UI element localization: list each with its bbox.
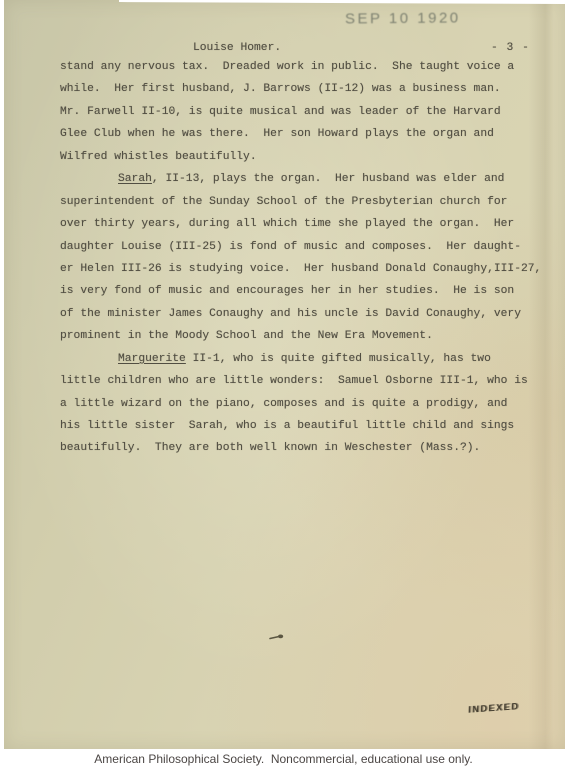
page-title: Louise Homer. [193,42,281,54]
scanned-page: SEP 10 1920 Louise Homer. - 3 - stand an… [4,0,565,750]
document-line: Mr. Farwell II-10, is quite musical and … [60,101,565,123]
document-line: Glee Club when he was there. Her son How… [60,123,565,145]
document-line: stand any nervous tax. Dreaded work in p… [60,56,565,78]
underlined-word: Marguerite [118,353,186,365]
document-line: of the minister James Conaughy and his u… [60,303,565,325]
caption-text: American Philosophical Society. Noncomme… [94,752,472,766]
document-line: er Helen III-26 is studying voice. Her h… [60,258,565,280]
document-line: his little sister Sarah, who is a beauti… [60,415,565,437]
caption-bar: American Philosophical Society. Noncomme… [0,749,567,768]
ink-mark-icon [269,629,285,638]
page-number: - 3 - [491,42,530,54]
scan-viewport: SEP 10 1920 Louise Homer. - 3 - stand an… [0,0,567,768]
document-line: Wilfred whistles beautifully. [60,146,565,168]
document-line: daughter Louise (III-25) is fond of musi… [60,236,565,258]
document-line: over thirty years, during all which time… [60,213,565,235]
indexed-stamp: INDEXED [468,701,520,716]
document-line: little children who are little wonders: … [60,370,565,392]
document-line: Marguerite II-1, who is quite gifted mus… [60,348,565,370]
document-line: prominent in the Moody School and the Ne… [60,325,565,347]
document-line: beautifully. They are both well known in… [60,437,565,459]
document-line: Sarah, II-13, plays the organ. Her husba… [60,168,565,190]
underlined-word: Sarah [118,173,152,185]
document-line: superintendent of the Sunday School of t… [60,191,565,213]
document-line: a little wizard on the piano, composes a… [60,393,565,415]
document-line: is very fond of music and encourages her… [60,280,565,302]
date-received-stamp: SEP 10 1920 [345,9,461,27]
scan-edge [119,0,565,4]
document-line: while. Her first husband, J. Barrows (II… [60,78,565,100]
document-lines: stand any nervous tax. Dreaded work in p… [60,56,565,460]
